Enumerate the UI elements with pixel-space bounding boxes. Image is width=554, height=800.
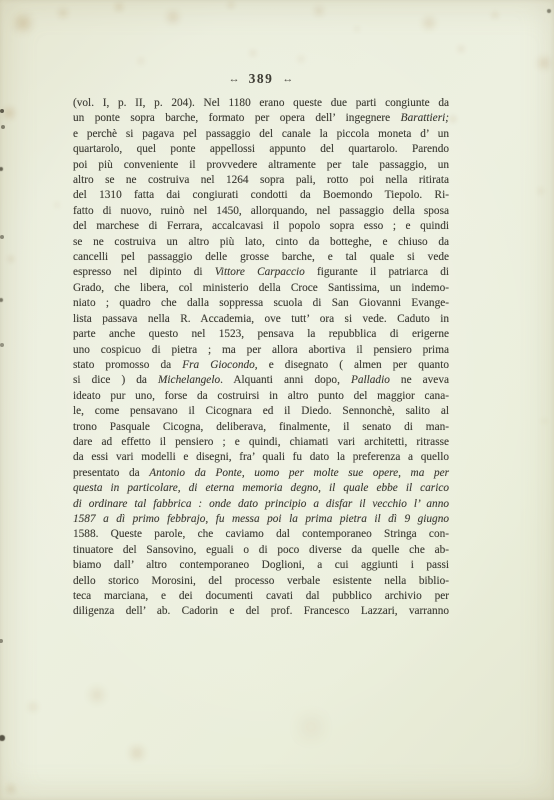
text-line: presentato da Antonio da Ponte, uomo per…: [73, 466, 449, 481]
text-line: lista passava nella R. Accademia, ove tu…: [73, 312, 449, 327]
text-line: dare ad effetto il pensiero ; e quindi, …: [73, 435, 449, 450]
page-number: 389: [249, 71, 274, 86]
page-header: ↔389↔: [73, 71, 449, 87]
text-line: fatto di nuovo, ruinò nel 1450, allorqua…: [73, 204, 449, 219]
text-line: uno cospicuo di pietra ; ma per allora a…: [73, 343, 449, 358]
text-line: un ponte sopra barche, formato per opera…: [73, 111, 449, 126]
text-line: niato ; quadro che dalla soppressa scuol…: [73, 296, 449, 311]
text-line: 1588. Queste parole, che caviamo dal con…: [73, 527, 449, 542]
text-block: (vol. I, p. II, p. 204). Nel 1180 erano …: [73, 96, 449, 620]
text-line: del marchese di Ferrara, accalcavasi il …: [73, 219, 449, 234]
text-line: diligenza dell’ ab. Cadorin e del prof. …: [73, 604, 449, 619]
text-line: poi più conveniente il provvedere altram…: [73, 158, 449, 173]
text-line: altro se ne costruiva nel 1264 sopra pal…: [73, 173, 449, 188]
arrow-ornament-right-icon: ↔: [282, 73, 293, 85]
text-line: espresso nel dipinto di Vittore Carpacci…: [73, 265, 449, 280]
text-line: dello storico Morosini, del processo ver…: [73, 574, 449, 589]
text-line: questa in particolare, di eterna memoria…: [73, 481, 449, 496]
text-line: quartarolo, quel ponte appellossi appunt…: [73, 142, 449, 157]
text-line: Grado, che libera, col ministerio della …: [73, 281, 449, 296]
text-line: tinuatore del Sansovino, eguali o di poc…: [73, 543, 449, 558]
text-line: cancelli pel passaggio delle grosse barc…: [73, 250, 449, 265]
text-line: teca marciana, e dei documenti cavati da…: [73, 589, 449, 604]
text-line: di ordinare tal fabbrica : onde dato pri…: [73, 497, 449, 512]
edge-specks: [0, 0, 2, 2]
arrow-ornament-left-icon: ↔: [229, 73, 240, 85]
text-line: si dice ) da Michelangelo. Alquanti anni…: [73, 373, 449, 388]
text-line: del 1310 fatta dai congiurati condotti d…: [73, 188, 449, 203]
text-line: stato promosso da Fra Giocondo, e disegn…: [73, 358, 449, 373]
text-line: biamo dall’ altro contemporaneo Doglioni…: [73, 558, 449, 573]
book-page-scan: ↔389↔ (vol. I, p. II, p. 204). Nel 1180 …: [0, 0, 554, 800]
text-line: e perchè si pagava pel passaggio del can…: [73, 127, 449, 142]
text-line: (vol. I, p. II, p. 204). Nel 1180 erano …: [73, 96, 449, 111]
text-line: da essi vari modelli e disegni, fra’ qua…: [73, 450, 449, 465]
text-line: 1587 a dì primo febbrajo, fu messa poi l…: [73, 512, 449, 527]
text-line: le, come pensavano il Cicognara ed il Di…: [73, 404, 449, 419]
text-line: se ne costruiva un altro più lato, cinto…: [73, 235, 449, 250]
text-line: ideato pur uno, forse da costruirsi in a…: [73, 389, 449, 404]
text-line: parte anche questo nel 1523, pensava la …: [73, 327, 449, 342]
text-line: trono Pasquale Cicogna, deliberava, fina…: [73, 420, 449, 435]
